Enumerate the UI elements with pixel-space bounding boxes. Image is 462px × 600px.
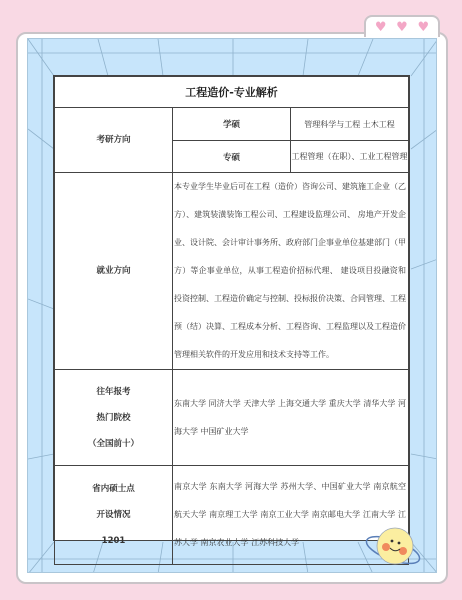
heart-icon: ♥ (396, 21, 408, 34)
label-line: 1201 (55, 528, 172, 554)
xueshuo-label: 学硕 (173, 108, 291, 141)
label-line: 热门院校 (55, 405, 172, 431)
table-title: 工程造价-专业解析 (55, 77, 409, 108)
label-line: 开设情况 (55, 502, 172, 528)
planet-mascot-icon (362, 520, 424, 576)
zhuanshuo-value: 工程管理（在职）、工业工程管理 (291, 141, 409, 173)
kaoyan-label: 考研方向 (55, 108, 173, 173)
jiuye-text: 本专业学生毕业后可在工程（造价）咨询公司、建筑施工企业（乙方）、建筑装潢装饰工程… (173, 173, 409, 370)
zhuanshuo-label: 专硕 (173, 141, 291, 173)
label-line: 往年报考 (55, 379, 172, 405)
hot-schools-label: 往年报考 热门院校 （全国前十） (55, 370, 173, 466)
hot-schools-text: 东南大学 同济大学 天津大学 上海交通大学 重庆大学 清华大学 河海大学 中国矿… (173, 370, 409, 466)
heart-icon: ♥ (417, 21, 429, 34)
label-line: （全国前十） (55, 431, 172, 457)
label-line: 省内硕士点 (55, 476, 172, 502)
xueshuo-value: 管理科学与工程 土木工程 (291, 108, 409, 141)
window-tab: ♥ ♥ ♥ (364, 15, 440, 37)
major-analysis-table: 工程造价-专业解析 考研方向 学硕 管理科学与工程 土木工程 专硕 工程管理（在… (53, 75, 410, 541)
provincial-label: 省内硕士点 开设情况 1201 (55, 466, 173, 565)
heart-icon: ♥ (375, 21, 387, 34)
jiuye-label: 就业方向 (55, 173, 173, 370)
